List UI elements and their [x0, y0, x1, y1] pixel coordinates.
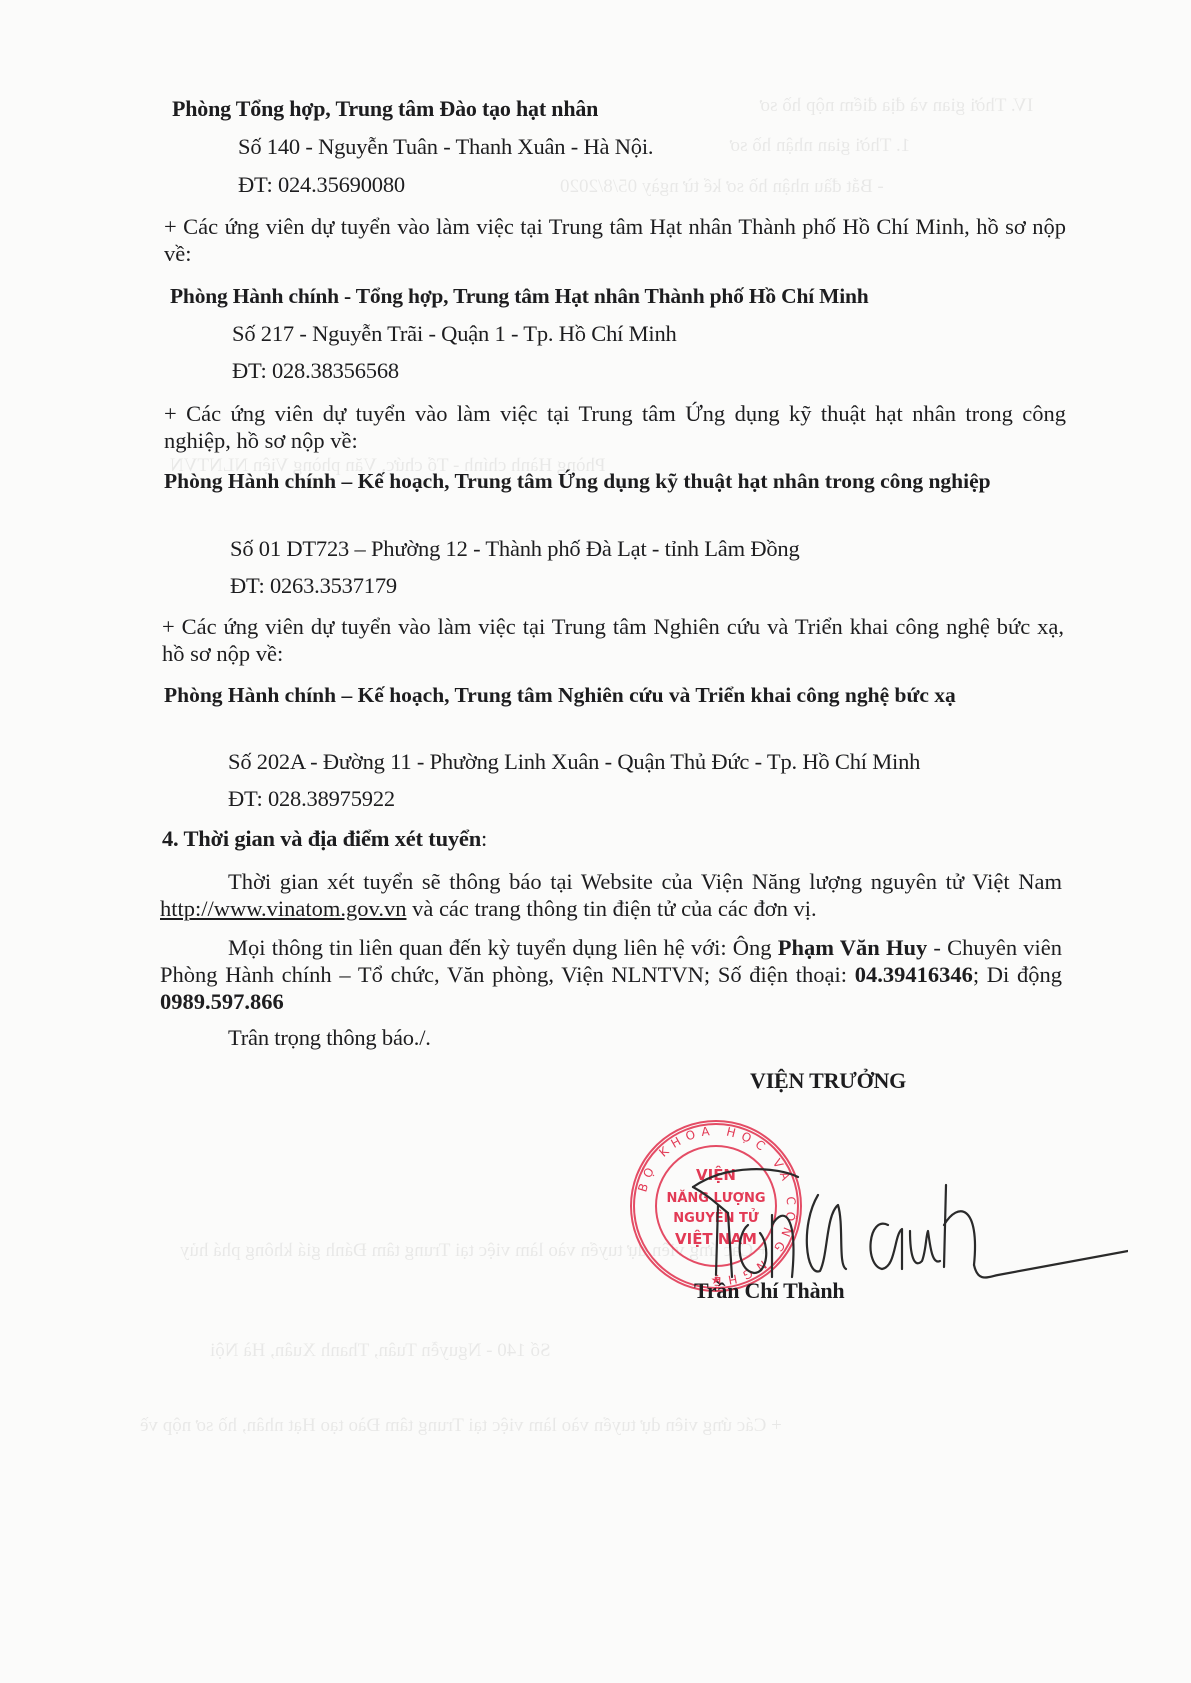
website-link[interactable]: http://www.vinatom.gov.vn [160, 896, 406, 921]
contact-text-c: ; Di động [973, 962, 1062, 987]
signer-title: VIỆN TRƯỞNG [750, 1068, 906, 1094]
office-heading: Phòng Hành chính - Tổng hợp, Trung tâm H… [170, 284, 869, 309]
section-4-title-text: 4. Thời gian và địa điểm xét tuyển [162, 826, 481, 851]
paragraph-radiation-candidates: + Các ứng viên dự tuyển vào làm việc tại… [162, 613, 1064, 667]
timing-text-a: Thời gian xét tuyển sẽ thông báo tại Web… [228, 869, 1062, 894]
paragraph-contact: Mọi thông tin liên quan đến kỳ tuyển dụn… [160, 934, 1062, 1015]
office-heading: Phòng Hành chính – Kế hoạch, Trung tâm Ứ… [164, 468, 1066, 494]
signature-icon [688, 1165, 1128, 1295]
office-address: Số 140 - Nguyễn Tuân - Thanh Xuân - Hà N… [238, 134, 653, 160]
contact-mobile: 0989.597.866 [160, 989, 284, 1014]
paragraph-timing: Thời gian xét tuyển sẽ thông báo tại Web… [160, 868, 1062, 922]
office-address: Số 217 - Nguyễn Trãi - Quận 1 - Tp. Hồ C… [232, 321, 677, 347]
contact-phone: 04.39416346 [855, 962, 973, 987]
paragraph-hcm-candidates: + Các ứng viên dự tuyển vào làm việc tại… [164, 213, 1066, 267]
office-phone: ĐT: 0263.3537179 [230, 573, 397, 599]
office-address: Số 202A - Đường 11 - Phường Linh Xuân - … [228, 749, 920, 775]
office-heading: Phòng Hành chính – Kế hoạch, Trung tâm N… [164, 682, 1066, 708]
contact-name: Phạm Văn Huy [778, 935, 928, 960]
timing-text-b: và các trang thông tin điện tử của các đ… [406, 896, 816, 921]
section-4-title: 4. Thời gian và địa điểm xét tuyển: [162, 826, 487, 852]
office-phone: ĐT: 028.38356568 [232, 358, 399, 384]
office-address: Số 01 DT723 – Phường 12 - Thành phố Đà L… [230, 536, 800, 562]
contact-text-a: Mọi thông tin liên quan đến kỳ tuyển dụn… [228, 935, 778, 960]
signer-name: Trần Chí Thành [694, 1278, 844, 1304]
office-phone: ĐT: 024.35690080 [238, 172, 405, 198]
office-phone: ĐT: 028.38975922 [228, 786, 395, 812]
section-4-colon: : [481, 826, 487, 851]
office-heading: Phòng Tổng hợp, Trung tâm Đào tạo hạt nh… [172, 96, 598, 122]
closing-text: Trân trọng thông báo./. [228, 1025, 431, 1051]
document-page: IV. Thời gian và địa điểm nộp hồ sơ 1. T… [0, 0, 1191, 1683]
paragraph-industry-candidates: + Các ứng viên dự tuyển vào làm việc tại… [164, 400, 1066, 454]
